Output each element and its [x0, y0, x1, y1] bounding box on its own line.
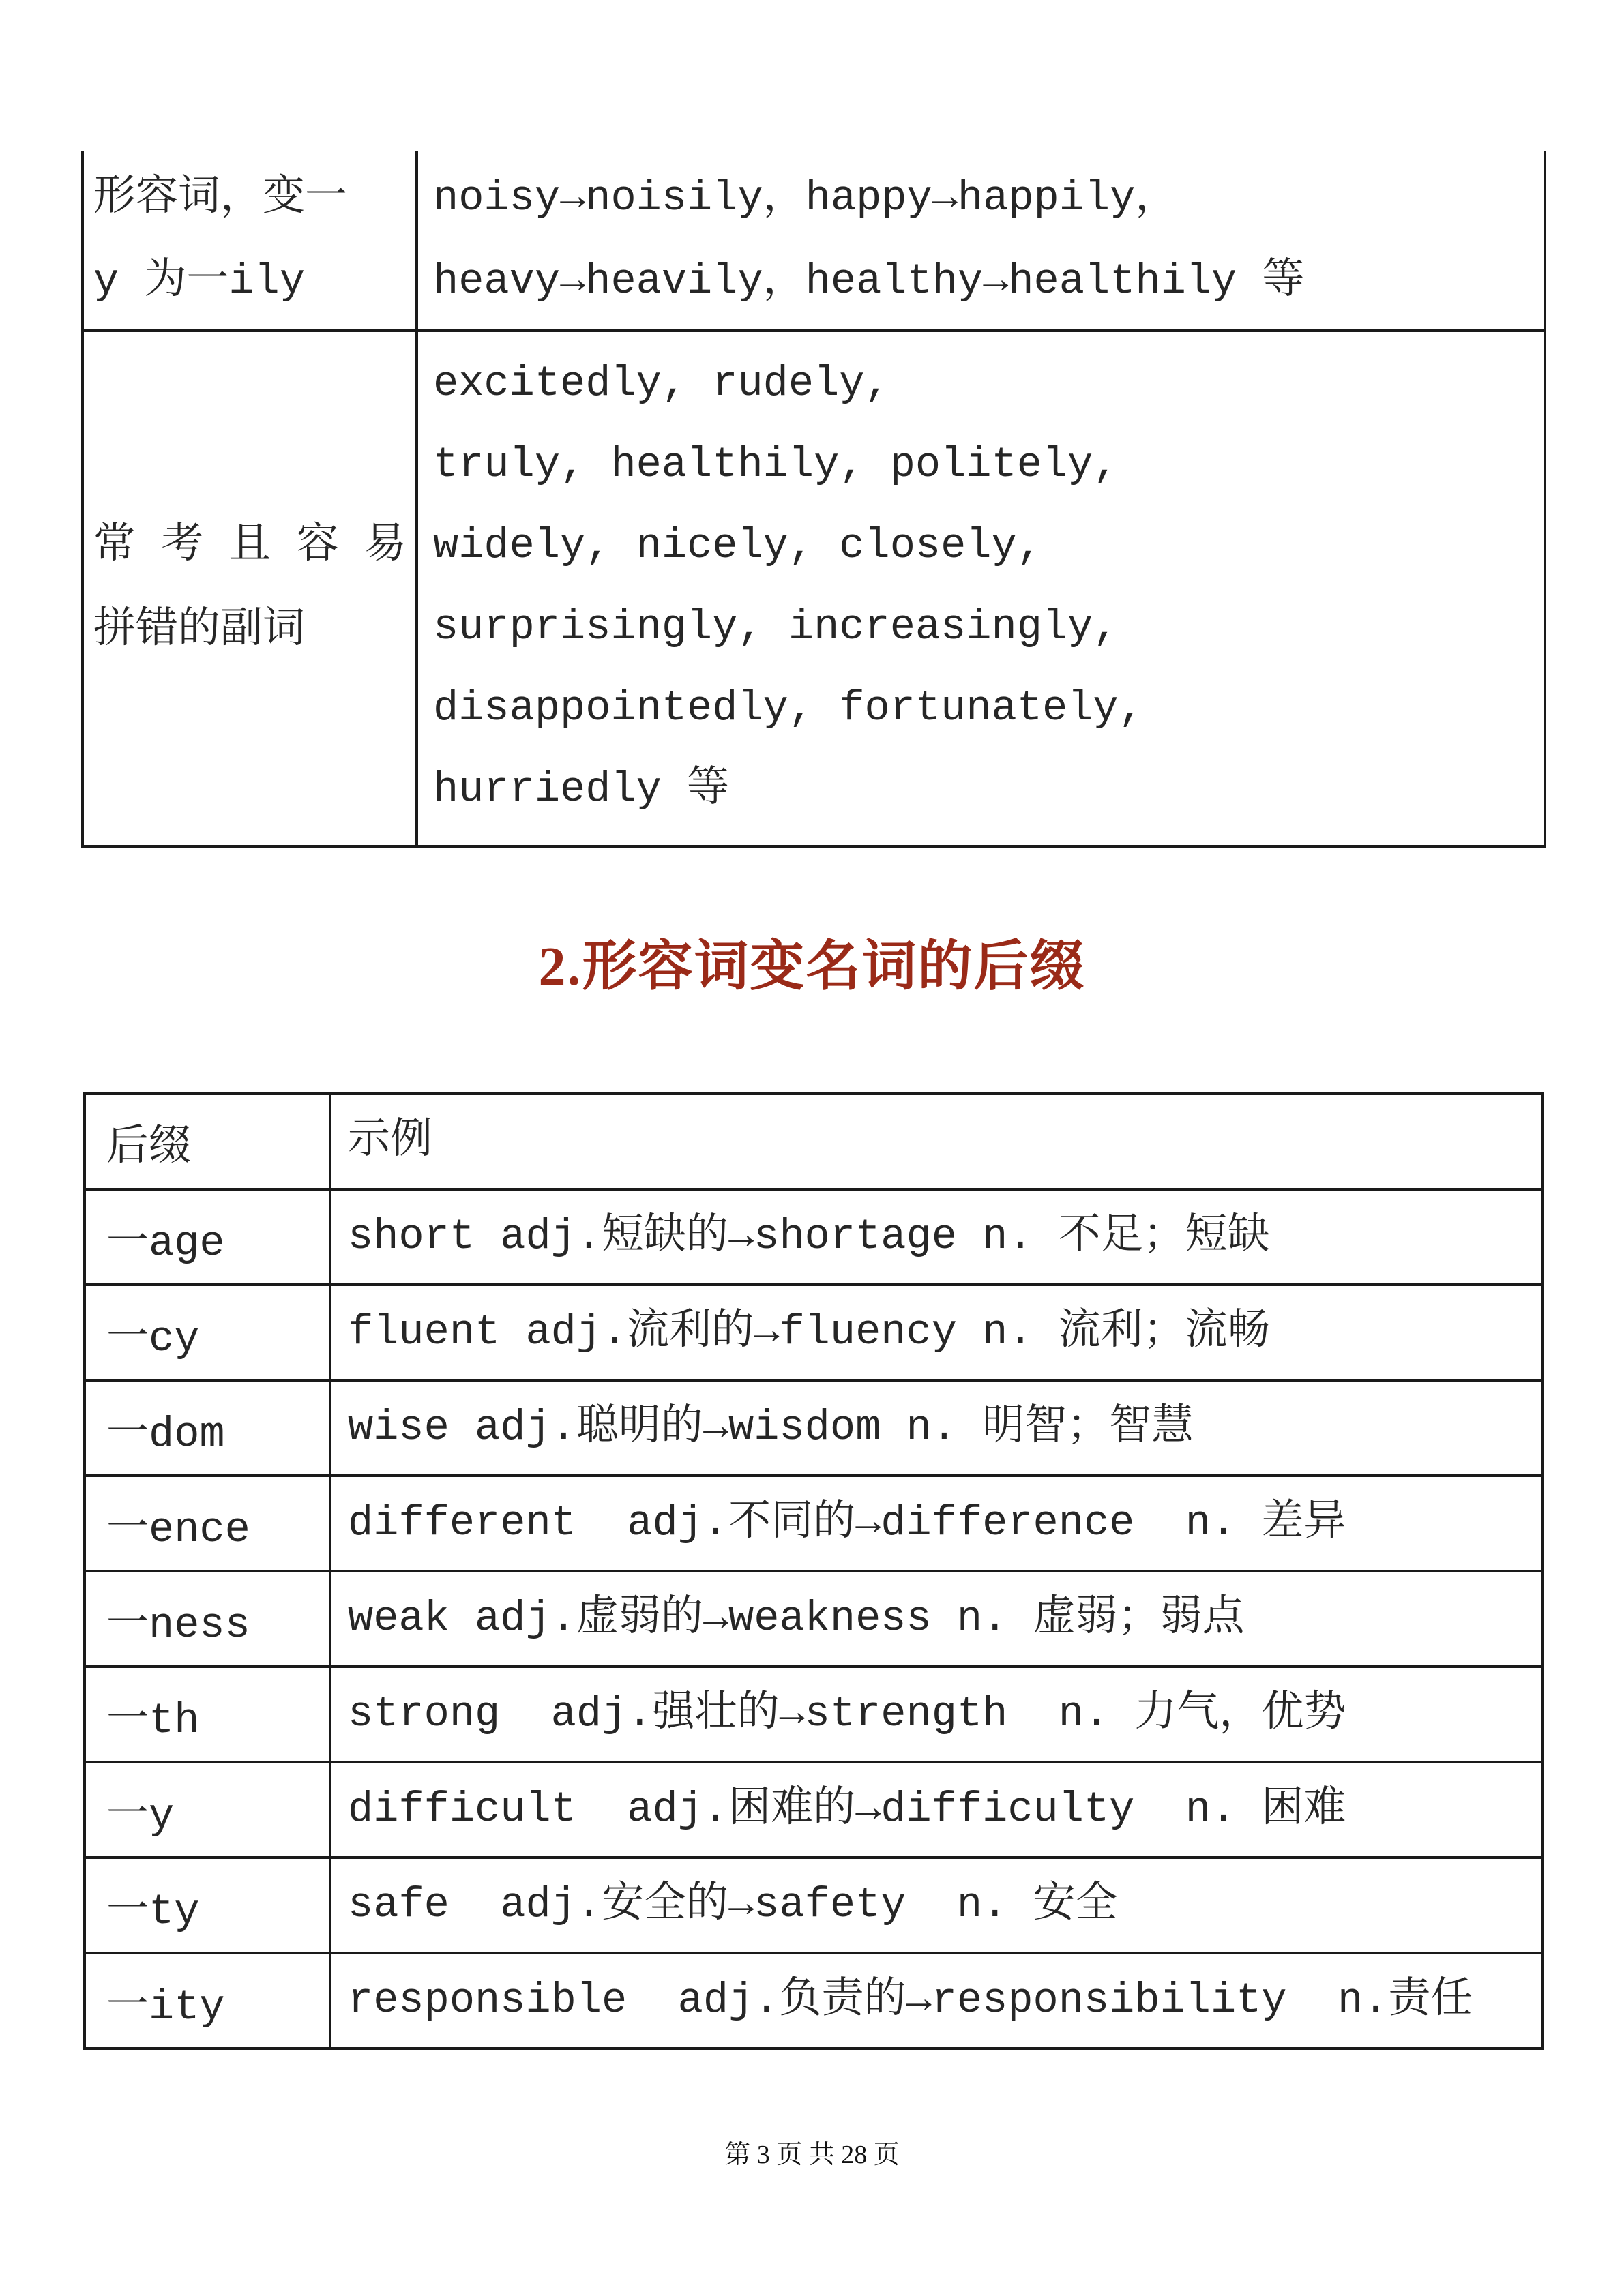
table-row: 一ty safe adj.安全的→safety n. 安全 — [86, 1856, 1541, 1952]
table-row: 常 考 且 容 易 拼错的副词 excitedly, rudely, truly… — [81, 329, 1546, 845]
example-line: widely, nicely, closely, — [433, 505, 1538, 586]
suffix-column-header: 后缀 — [86, 1095, 331, 1188]
page-number: 第 3 页 共 28 页 — [0, 2133, 1624, 2171]
suffix-cell: 一ness — [86, 1572, 331, 1665]
example-cell: fluent adj.流利的→fluency n. 流利；流畅 — [331, 1286, 1541, 1379]
table-row: 一ence different adj.不同的→difference n. 差异 — [86, 1474, 1541, 1570]
table-row: 一ness weak adj.虚弱的→weakness n. 虚弱；弱点 — [86, 1570, 1541, 1665]
suffix-cell: 一age — [86, 1191, 331, 1283]
example-line: noisy→noisily，happy→happily， — [433, 157, 1538, 240]
suffix-table: 后缀 示例 一age short adj.短缺的→shortage n. 不足；… — [83, 1092, 1544, 2050]
example-line: hurriedly 等 — [433, 749, 1538, 830]
example-cell: difficult adj.困难的→difficulty n. 困难 — [331, 1763, 1541, 1856]
example-cell: different adj.不同的→difference n. 差异 — [331, 1477, 1541, 1570]
rule-line: 拼错的副词 — [93, 588, 410, 673]
example-cell: responsible adj.负责的→responsibility n.责任 — [331, 1954, 1541, 2047]
table-row: 一cy fluent adj.流利的→fluency n. 流利；流畅 — [86, 1283, 1541, 1379]
table-row: 一age short adj.短缺的→shortage n. 不足；短缺 — [86, 1188, 1541, 1283]
rule-line: 常 考 且 容 易 — [93, 504, 410, 588]
table-row: 一y difficult adj.困难的→difficulty n. 困难 — [86, 1761, 1541, 1856]
suffix-cell: 一ence — [86, 1477, 331, 1570]
example-line: truly, healthily, politely, — [433, 424, 1538, 505]
example-column-header: 示例 — [331, 1095, 1541, 1188]
example-line: excitedly, rudely, — [433, 343, 1538, 424]
example-cell: strong adj.强壮的→strength n. 力气，优势 — [331, 1668, 1541, 1761]
suffix-cell: 一ty — [86, 1859, 331, 1952]
example-cell: wise adj.聪明的→wisdom n. 明智；智慧 — [331, 1382, 1541, 1474]
adverb-spelling-table: 形容词，变一 y 为一ily noisy→noisily，happy→happi… — [81, 151, 1546, 848]
rule-line: 形容词，变一 — [93, 157, 410, 240]
example-cell: short adj.短缺的→shortage n. 不足；短缺 — [331, 1191, 1541, 1283]
rule-line: y 为一ily — [93, 240, 410, 323]
example-cell: safe adj.安全的→safety n. 安全 — [331, 1859, 1541, 1952]
suffix-cell: 一y — [86, 1763, 331, 1856]
rule-cell: 形容词，变一 y 为一ily — [81, 151, 418, 329]
section-title: 2.形容词变名词的后缀 — [0, 922, 1624, 1000]
suffix-cell: 一cy — [86, 1286, 331, 1379]
table-row: 一dom wise adj.聪明的→wisdom n. 明智；智慧 — [86, 1379, 1541, 1474]
table-header-row: 后缀 示例 — [86, 1095, 1541, 1188]
examples-cell: excitedly, rudely, truly, healthily, pol… — [418, 332, 1546, 845]
suffix-cell: 一ity — [86, 1954, 331, 2047]
rule-cell: 常 考 且 容 易 拼错的副词 — [81, 332, 418, 845]
example-line: heavy→heavily，healthy→healthily 等 — [433, 240, 1538, 323]
suffix-cell: 一th — [86, 1668, 331, 1761]
example-cell: weak adj.虚弱的→weakness n. 虚弱；弱点 — [331, 1572, 1541, 1665]
suffix-cell: 一dom — [86, 1382, 331, 1474]
table-row: 一th strong adj.强壮的→strength n. 力气，优势 — [86, 1665, 1541, 1761]
table-row: 一ity responsible adj.负责的→responsibility … — [86, 1952, 1541, 2047]
example-line: disappointedly, fortunately, — [433, 668, 1538, 749]
example-line: surprisingly, increasingly, — [433, 586, 1538, 668]
examples-cell: noisy→noisily，happy→happily， heavy→heavi… — [418, 151, 1546, 329]
table-row: 形容词，变一 y 为一ily noisy→noisily，happy→happi… — [81, 151, 1546, 329]
